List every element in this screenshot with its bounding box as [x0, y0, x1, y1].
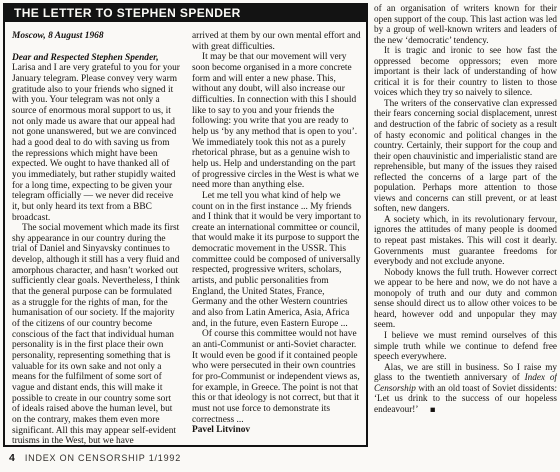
end-of-article-marker-icon: ■	[420, 405, 435, 414]
commentary-paragraph-continuation: of an organisation of writers known for …	[374, 3, 557, 45]
letter-paragraph-continuation: arrived at them by our own mental effort…	[192, 31, 361, 52]
article-title-bar: THE LETTER TO STEPHEN SPENDER	[5, 5, 366, 22]
commentary-paragraph: I believe we must remind ourselves of th…	[374, 330, 557, 362]
letter-column-2: arrived at them by our own mental effort…	[192, 31, 361, 447]
commentary-closing-paragraph: Alas, we are still in business. So I rai…	[374, 362, 557, 415]
commentary-paragraph: Nobody knows the full truth. However cor…	[374, 267, 557, 330]
journal-title: INDEX ON CENSORSHIP 1/1992	[25, 453, 181, 463]
letter-column-1: Moscow, 8 August 1968 Dear and Respected…	[12, 31, 181, 447]
letter-paragraph: It may be that our movement will very so…	[192, 52, 361, 191]
letter-signature: Pavel Litvinov	[192, 425, 361, 436]
letter-paragraph: Of course this committee would not have …	[192, 329, 361, 425]
article-title: THE LETTER TO STEPHEN SPENDER	[14, 6, 241, 20]
magazine-page: THE LETTER TO STEPHEN SPENDER Moscow, 8 …	[0, 0, 560, 472]
page-footer: 4 INDEX ON CENSORSHIP 1/1992	[9, 452, 181, 464]
letter-dateline: Moscow, 8 August 1968	[12, 31, 181, 42]
commentary-paragraph: The writers of the conservative clan exp…	[374, 98, 557, 214]
letter-paragraph: The social movement which made its first…	[12, 223, 181, 447]
commentary-column: of an organisation of writers known for …	[374, 3, 557, 448]
letter-paragraph: Larisa and I are very grateful to you fo…	[12, 63, 181, 223]
letter-paragraph: Let me tell you what kind of help we cou…	[192, 191, 361, 330]
commentary-paragraph: A society which, in its revolutionary fe…	[374, 214, 557, 267]
commentary-paragraph: It is tragic and ironic to see how fast …	[374, 45, 557, 98]
letter-article-box: THE LETTER TO STEPHEN SPENDER Moscow, 8 …	[3, 3, 368, 447]
page-number: 4	[9, 452, 15, 464]
letter-salutation: Dear and Respected Stephen Spender,	[12, 53, 181, 64]
letter-body: Moscow, 8 August 1968 Dear and Respected…	[5, 22, 366, 447]
